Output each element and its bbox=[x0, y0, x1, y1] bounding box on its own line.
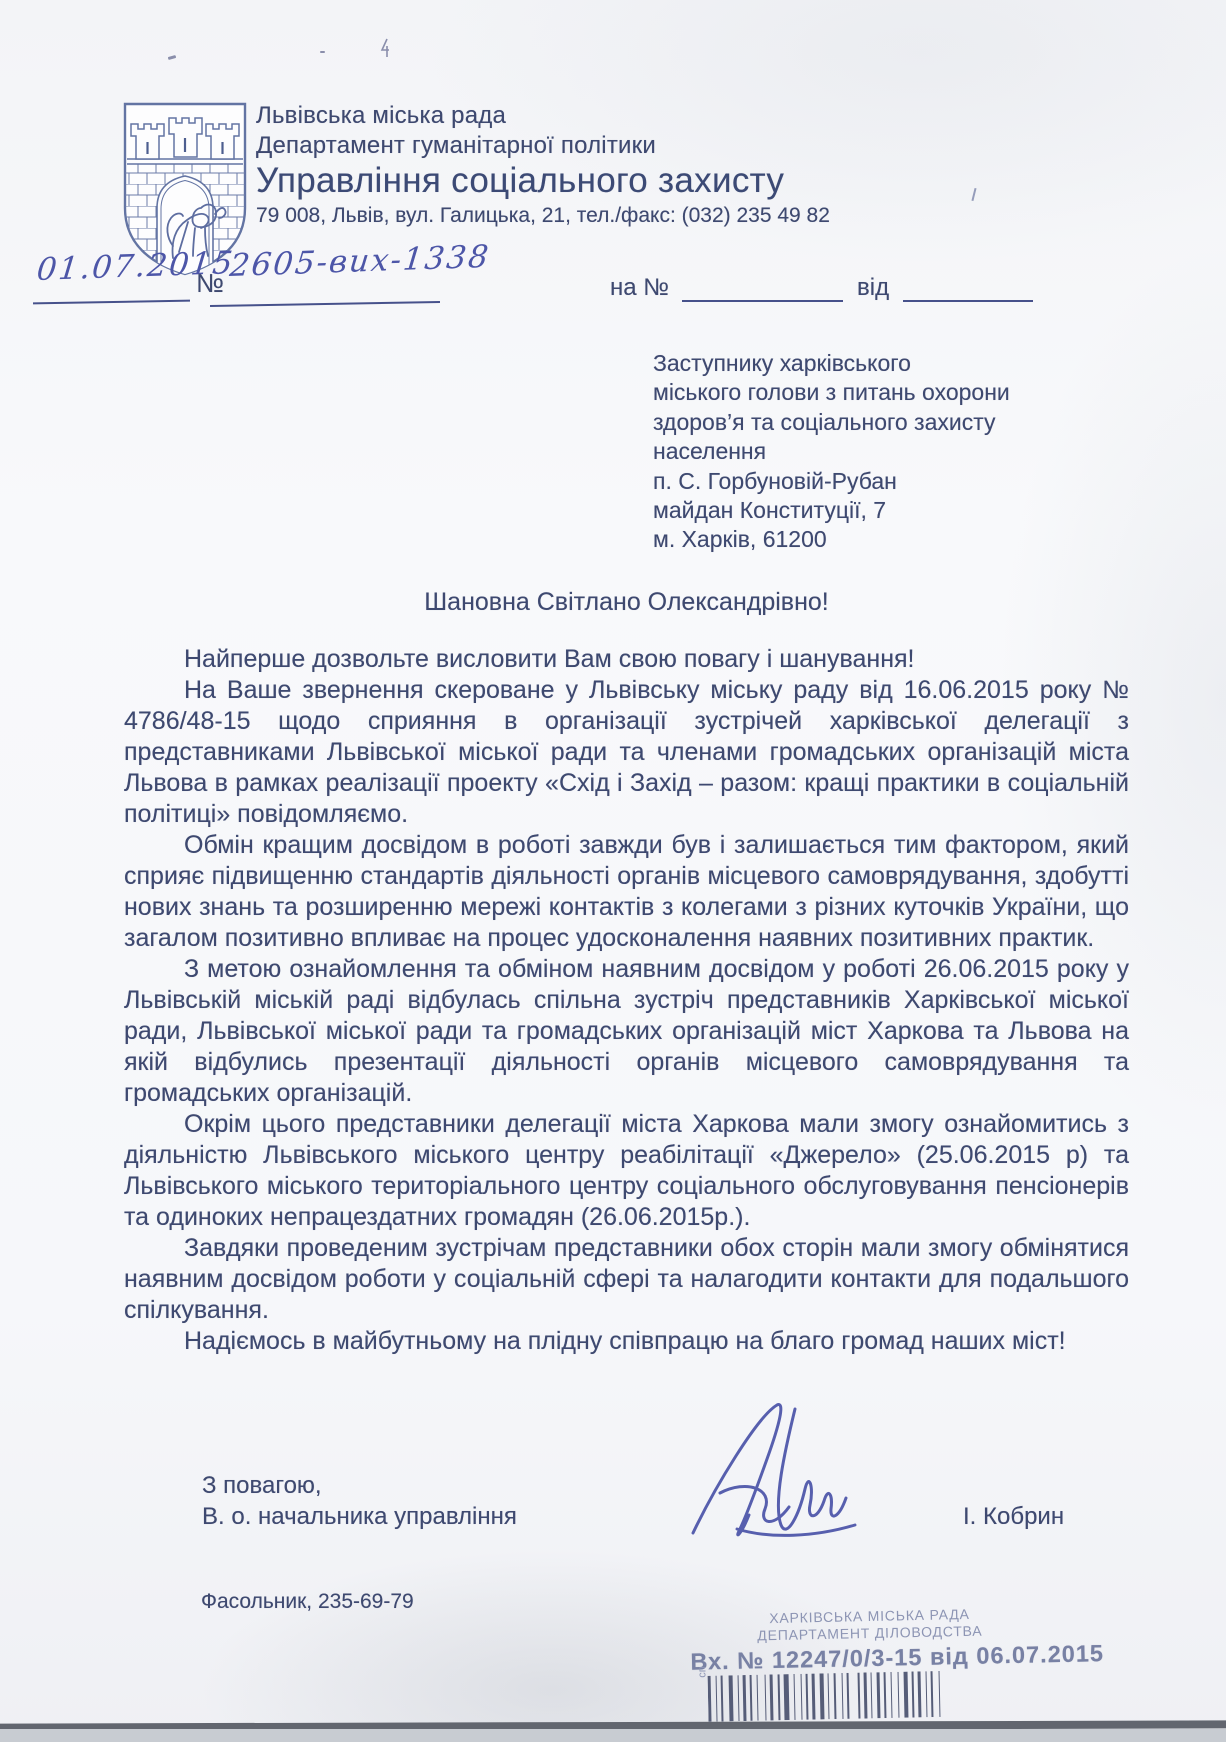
scan-speck bbox=[378, 38, 392, 58]
scan-speck bbox=[971, 188, 976, 201]
incoming-date-label: від bbox=[857, 274, 889, 302]
body-paragraph: Найперше дозвольте висловити Вам свою по… bbox=[124, 644, 1129, 675]
letter-body: Найперше дозвольте висловити Вам свою по… bbox=[124, 644, 1129, 1357]
recipient-line: міського голови з питань охорони bbox=[653, 378, 1010, 407]
registration-barcode bbox=[708, 1668, 1073, 1722]
registration-stamp: ХАРКІВСЬКА МІСЬКА РАДА ДЕПАРТАМЕНТ ДІЛОВ… bbox=[659, 1604, 1080, 1677]
date-rule bbox=[33, 300, 190, 305]
org-division: Управління соціального захисту bbox=[256, 161, 784, 201]
body-paragraph: Завдяки проведеним зустрічам представник… bbox=[124, 1233, 1129, 1326]
body-paragraph: Окрім цього представники делегації міста… bbox=[124, 1109, 1129, 1233]
outgoing-number-handwritten: 2605-вих-1338 bbox=[228, 239, 492, 284]
recipient-line: м. Харків, 61200 bbox=[653, 525, 1010, 554]
recipient-line: п. С. Горбуновій-Рубан bbox=[653, 467, 1010, 496]
body-paragraph: Надіємось в майбутньому на плідну співпр… bbox=[124, 1326, 1129, 1357]
recipient-block: Заступнику харківського міського голови … bbox=[653, 349, 1010, 555]
number-sign: № bbox=[196, 268, 224, 299]
scan-speck bbox=[168, 55, 177, 60]
scanned-letter-page: Львівська міська рада Департамент гумані… bbox=[0, 0, 1226, 1742]
scan-background bbox=[0, 1729, 1226, 1742]
signer-title: В. о. начальника управління bbox=[202, 1503, 517, 1531]
incoming-date-rule bbox=[903, 300, 1033, 302]
org-address: 79 008, Львів, вул. Галицька, 21, тел./ф… bbox=[256, 204, 830, 228]
scan-speck bbox=[320, 51, 325, 53]
incoming-number-label: на № bbox=[610, 274, 669, 302]
org-department: Департамент гуманітарної політики bbox=[256, 132, 656, 160]
recipient-line: населення bbox=[653, 437, 1010, 466]
org-name: Львівська міська рада bbox=[256, 102, 506, 130]
number-rule bbox=[210, 301, 440, 307]
body-paragraph: Обмін кращим досвідом в роботі завжди бу… bbox=[124, 830, 1129, 954]
salutation: Шановна Світлано Олександрівно! bbox=[124, 588, 1129, 617]
handwritten-signature bbox=[675, 1395, 890, 1550]
recipient-line: майдан Конституції, 7 bbox=[653, 496, 1010, 525]
executor-contact: Фасольник, 235-69-79 bbox=[201, 1590, 414, 1614]
recipient-line: здоров’я та соціального захисту bbox=[653, 408, 1010, 437]
body-paragraph: На Ваше звернення скероване у Львівську … bbox=[124, 675, 1129, 830]
signer-name: І. Кобрин bbox=[963, 1503, 1064, 1531]
incoming-number-rule bbox=[682, 300, 843, 302]
body-paragraph: З метою ознайомлення та обміном наявним … bbox=[124, 954, 1129, 1109]
closing-phrase: З повагою, bbox=[202, 1472, 322, 1500]
recipient-line: Заступнику харківського bbox=[653, 349, 1010, 378]
